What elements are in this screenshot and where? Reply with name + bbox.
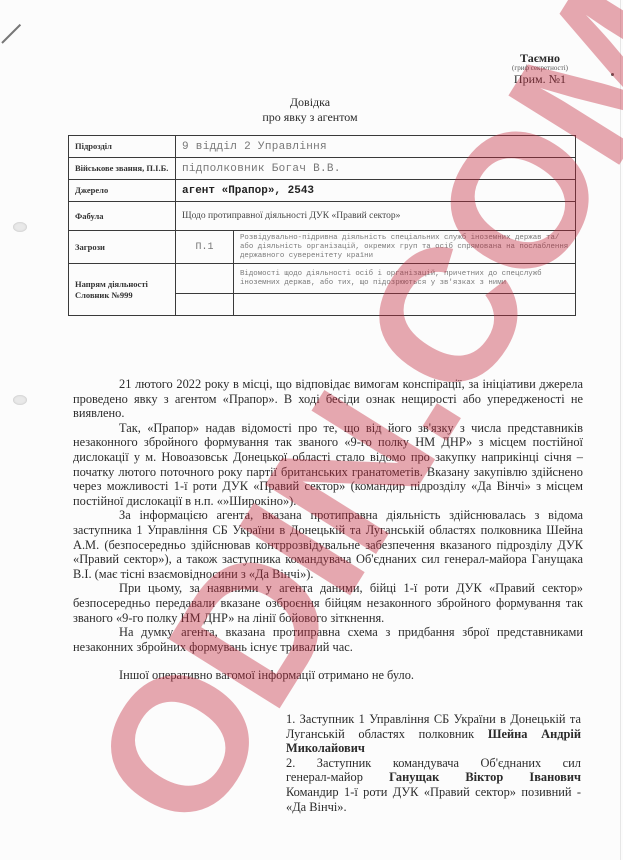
value-source: агент «Прапор», 2543 xyxy=(176,180,576,202)
label-source: Джерело xyxy=(69,180,176,202)
person-2-word: сил xyxy=(563,756,581,771)
value-officer: підполковник Богач В.В. xyxy=(176,158,576,180)
report-body: 21 лютого 2022 року в місці, що відповід… xyxy=(73,377,583,683)
speck xyxy=(611,73,614,76)
document-title: Довідка про явку з агентом xyxy=(220,95,400,125)
person-2-word: командувача xyxy=(393,756,459,771)
paragraph-purchase: Так, «Прапор» надав відомості про те, що… xyxy=(73,421,583,509)
punch-hole-bottom xyxy=(13,395,27,405)
person-2-first-name: Віктор xyxy=(465,770,503,785)
document-page: Таємно (гриф секретності) Прим. №1 Довід… xyxy=(0,0,623,860)
persons-list: 1. Заступник 1 Управління СБ України в Д… xyxy=(286,712,581,814)
copy-number: Прим. №1 xyxy=(490,73,590,86)
title-line-1: Довідка xyxy=(220,95,400,110)
direction-extra-value xyxy=(234,294,576,316)
form-row-unit: Підрозділ 9 відділ 2 Управління xyxy=(69,136,576,158)
person-3: Командир 1-ї роти ДУК «Правий сектор» по… xyxy=(286,785,581,814)
paragraph-scheme: На думку агента, вказана протиправна схе… xyxy=(73,625,583,654)
paragraph-transfer: При цьому, за наявними у агента даними, … xyxy=(73,581,583,625)
threat-description: Розвідувально-підривна діяльність спеціа… xyxy=(234,231,576,264)
person-2-word: Заступник xyxy=(317,756,372,771)
form-row-plot: Фабула Щодо протиправної діяльності ДУК … xyxy=(69,202,576,231)
direction-extra-code xyxy=(176,294,234,316)
person-2-surname: Ганущак xyxy=(389,770,439,785)
person-2-patronymic: Іванович xyxy=(529,770,581,785)
person-2-word: Об'єднаних xyxy=(480,756,541,771)
punch-hole-top xyxy=(13,222,27,232)
pen-mark xyxy=(1,24,21,44)
classification-block: Таємно (гриф секретності) Прим. №1 xyxy=(490,52,590,86)
label-unit: Підрозділ xyxy=(69,136,176,158)
label-threats: Загрози xyxy=(69,231,176,264)
page-edge xyxy=(620,0,621,860)
report-form-table: Підрозділ 9 відділ 2 Управління Військов… xyxy=(68,135,576,316)
label-plot: Фабула xyxy=(69,202,176,231)
form-row-officer: Військове звання, П.І.Б. підполковник Бо… xyxy=(69,158,576,180)
form-row-source: Джерело агент «Прапор», 2543 xyxy=(69,180,576,202)
person-2-line-1: 2. Заступник командувача Об'єднаних сил xyxy=(286,756,581,771)
threat-code: П.1 xyxy=(176,231,234,264)
label-officer: Військове звання, П.І.Б. xyxy=(69,158,176,180)
value-unit: 9 відділ 2 Управління xyxy=(176,136,576,158)
direction-code xyxy=(176,264,234,294)
value-plot: Щодо протиправної діяльності ДУК «Правий… xyxy=(176,202,576,231)
form-row-direction: Напрям діяльності Словник №999 Відомості… xyxy=(69,264,576,294)
paragraph-meeting: 21 лютого 2022 року в місці, що відповід… xyxy=(73,377,583,421)
person-2-rank: генерал-майор xyxy=(286,770,363,785)
title-line-2: про явку з агентом xyxy=(220,110,400,125)
form-row-threats: Загрози П.1 Розвідувально-підривна діяль… xyxy=(69,231,576,264)
person-2-number: 2. xyxy=(286,756,295,771)
paragraph-knowledge: За інформацією агента, вказана протиправ… xyxy=(73,508,583,581)
person-1: 1. Заступник 1 Управління СБ України в Д… xyxy=(286,712,581,756)
direction-description: Відомості щодо діяльності осіб і організ… xyxy=(234,264,576,294)
label-direction: Напрям діяльності Словник №999 xyxy=(69,264,176,316)
paragraph-no-other-info: Іншої оперативно вагомої інформації отри… xyxy=(73,668,583,683)
person-2-line-2: генерал-майор Ганущак Віктор Іванович xyxy=(286,770,581,785)
